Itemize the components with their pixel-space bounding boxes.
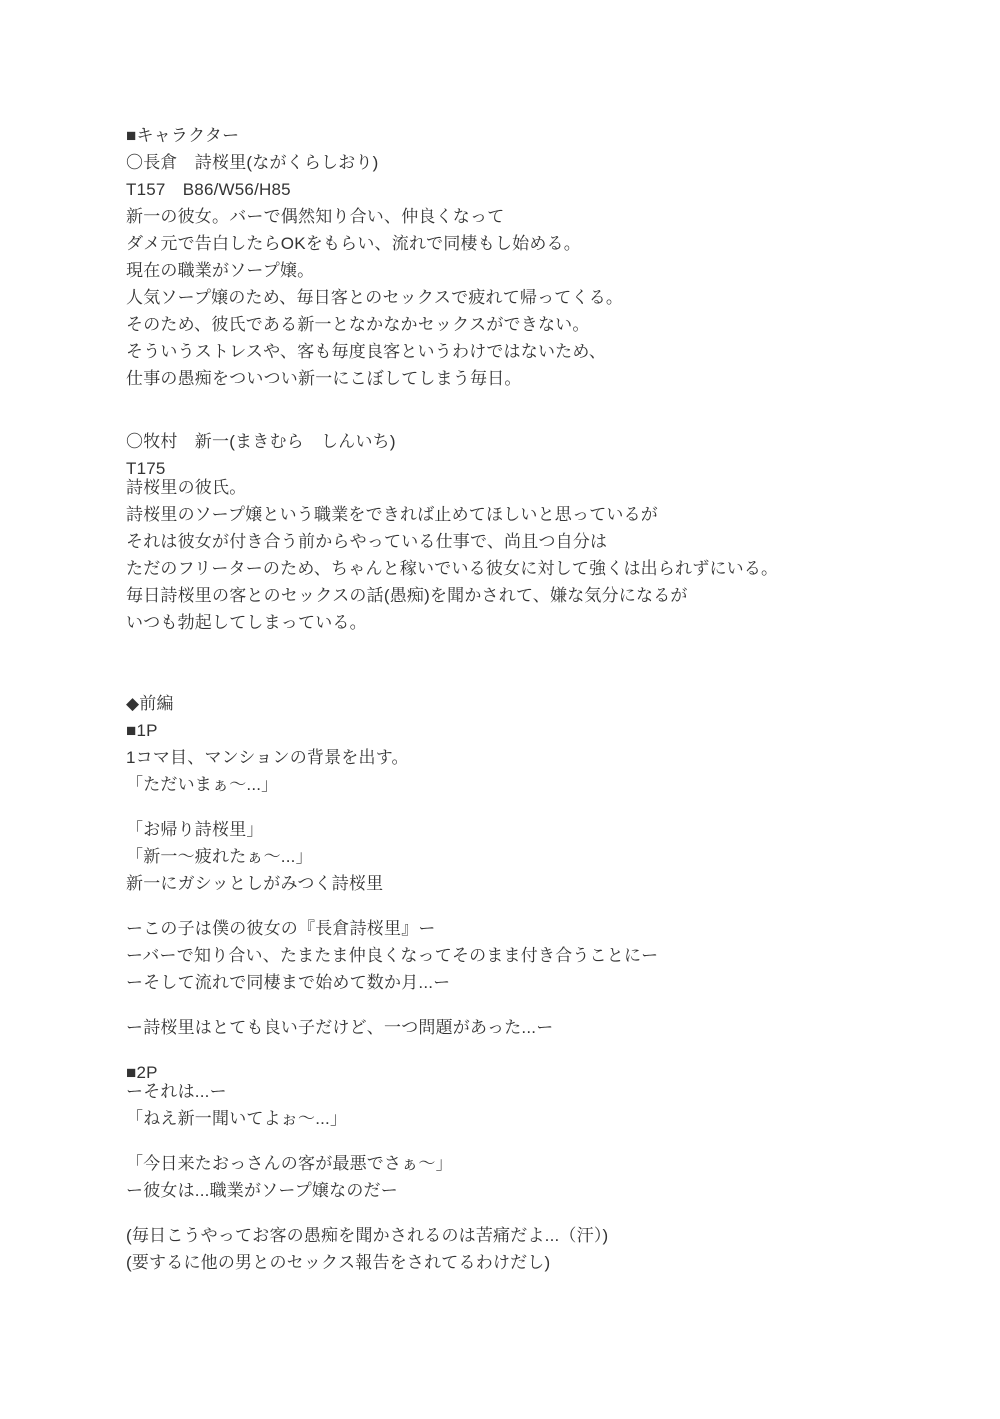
text-line: 仕事の愚痴をついつい新一にこぼしてしまう毎日。 bbox=[126, 365, 940, 392]
text-line: 1コマ目、マンションの背景を出す。 bbox=[126, 744, 940, 771]
text-line: ーそれは...ー bbox=[126, 1078, 940, 1105]
blank-line bbox=[126, 1132, 940, 1150]
blank-line bbox=[126, 897, 940, 915]
document-page: ■キャラクター〇長倉 詩桜里(ながくらしおり)T157 B86/W56/H85新… bbox=[0, 0, 1000, 1419]
blank-line bbox=[126, 672, 940, 690]
text-line: 「今日来たおっさんの客が最悪でさぁ～」 bbox=[126, 1150, 940, 1177]
text-line: 〇長倉 詩桜里(ながくらしおり) bbox=[126, 149, 940, 176]
text-line: ◆前編 bbox=[126, 690, 940, 717]
text-line: そのため、彼氏である新一となかなかセックスができない。 bbox=[126, 311, 940, 338]
text-line: ダメ元で告白したらOKをもらい、流れで同棲もし始める。 bbox=[126, 230, 940, 257]
text-line: 「新一～疲れたぁ～...」 bbox=[126, 843, 940, 870]
text-line: そういうストレスや、客も毎度良客というわけではないため、 bbox=[126, 338, 940, 365]
text-line: 「お帰り詩桜里」 bbox=[126, 816, 940, 843]
text-line: 〇牧村 新一(まきむら しんいち) bbox=[126, 428, 940, 455]
text-line: T157 B86/W56/H85 bbox=[126, 176, 940, 203]
text-line: ーそして流れで同棲まで始めて数か月...ー bbox=[126, 969, 940, 996]
text-line: ー詩桜里はとても良い子だけど、一つ問題があった...ー bbox=[126, 1014, 940, 1041]
blank-line bbox=[126, 392, 940, 410]
blank-line bbox=[126, 654, 940, 672]
text-line: 新一にガシッとしがみつく詩桜里 bbox=[126, 870, 940, 897]
blank-line bbox=[126, 996, 940, 1014]
text-line: ーこの子は僕の彼女の『長倉詩桜里』ー bbox=[126, 915, 940, 942]
blank-line bbox=[126, 1041, 940, 1059]
blank-line bbox=[126, 636, 940, 654]
text-line: (要するに他の男とのセックス報告をされてるわけだし) bbox=[126, 1249, 940, 1276]
text-line: ー彼女は...職業がソープ嬢なのだー bbox=[126, 1177, 940, 1204]
blank-line bbox=[126, 410, 940, 428]
text-line: ■キャラクター bbox=[126, 122, 940, 149]
text-line: 毎日詩桜里の客とのセックスの話(愚痴)を聞かされて、嫌な気分になるが bbox=[126, 582, 940, 609]
text-line: 「ただいまぁ～...」 bbox=[126, 771, 940, 798]
text-line: いつも勃起してしまっている。 bbox=[126, 609, 940, 636]
blank-line bbox=[126, 798, 940, 816]
text-line: (毎日こうやってお客の愚痴を聞かされるのは苦痛だよ...（汗）) bbox=[126, 1222, 940, 1249]
blank-line bbox=[126, 1204, 940, 1222]
text-line: ーバーで知り合い、たまたま仲良くなってそのまま付き合うことにー bbox=[126, 942, 940, 969]
text-line: 詩桜里の彼氏。 bbox=[126, 474, 940, 501]
text-line: 現在の職業がソープ嬢。 bbox=[126, 257, 940, 284]
text-line: 「ねえ新一聞いてよぉ～...」 bbox=[126, 1105, 940, 1132]
text-line: 詩桜里のソープ嬢という職業をできれば止めてほしいと思っているが bbox=[126, 501, 940, 528]
text-line: ただのフリーターのため、ちゃんと稼いでいる彼女に対して強くは出られずにいる。 bbox=[126, 555, 940, 582]
text-line: それは彼女が付き合う前からやっている仕事で、尚且つ自分は bbox=[126, 528, 940, 555]
text-line: ■1P bbox=[126, 717, 940, 744]
text-line: 新一の彼女。バーで偶然知り合い、仲良くなって bbox=[126, 203, 940, 230]
text-line: 人気ソープ嬢のため、毎日客とのセックスで疲れて帰ってくる。 bbox=[126, 284, 940, 311]
